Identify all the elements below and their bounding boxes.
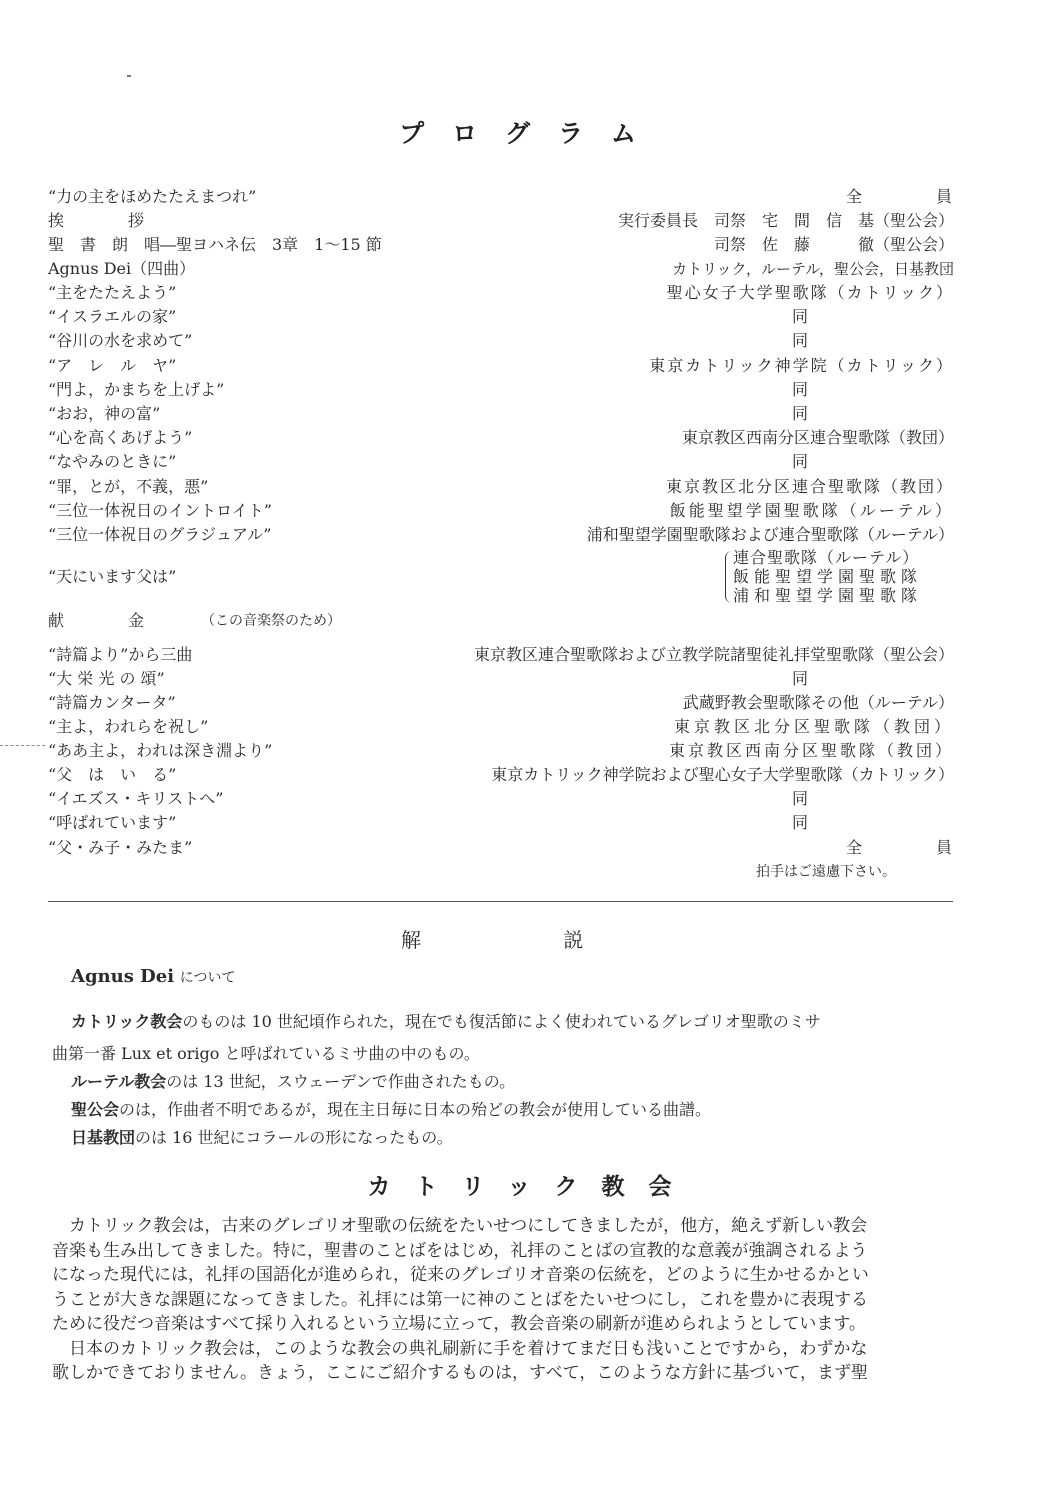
piece-title: “ああ主よ，われは深き淵より” [48,739,272,763]
piece-title: Agnus Dei（四曲） [48,257,195,281]
program-row: “詩篇より”から三曲 東京教区連合聖歌隊および立教学院諸聖徒礼拝堂聖歌隊（聖公会… [48,643,954,667]
piece-title: “詩篇より”から三曲 [48,643,192,667]
performer: 同 [792,402,808,426]
combined-performers: 連合聖歌隊（ルーテル） 飯能聖望学園聖歌隊 浦和聖望学園聖歌隊 [733,548,922,605]
performer: 同 [792,811,808,835]
program-row: “父 は い る” 東京カトリック神学院および聖心女子大学聖歌隊（カトリック） [48,763,954,787]
program-row: 聖 書 朗 唱―聖ヨハネ伝 3章 1〜15 節 司祭 佐 藤 徹（聖公会） [48,233,954,257]
performer: 実行委員長 司祭 宅 間 信 基（聖公会） [618,209,954,233]
paragraph-text: のは 13 世紀，スウェーデンで作曲されたもの。 [166,1072,515,1091]
program-row: “三位一体祝日のイントロイト” 飯能聖望学園聖歌隊（ルーテル） [48,499,954,523]
piece-title: “三位一体祝日のグラジュアル” [48,523,271,547]
body-line: になった現代には，礼拝の国語化が進められ，従来のグレゴリオ音楽の伝統を，どのよう… [52,1263,957,1288]
paragraph-text: 曲第一番 Lux et origo と呼ばれているミサ曲の中のもの。 [52,1044,480,1063]
program-row: “父・み子・みたま” 全 員 [48,836,954,860]
body-line: ために役だつ音楽はすべて採り入れるという立場に立って，教会音楽の刷新が進められよ… [52,1312,957,1337]
performer: カトリック，ルーテル，聖公会，日基教団 [672,257,954,281]
piece-title: “父・み子・みたま” [48,836,192,860]
piece-title: “谷川の水を求めて” [48,329,192,353]
piece-title: “罪，とが，不義，悪” [48,475,208,499]
piece-title: “おお，神の富” [48,402,160,426]
performer: 飯能聖望学園聖歌隊 [733,567,922,586]
body-line: 歌しかできておりません。きょう，ここにご紹介するものは，すべて，このような方針に… [52,1361,957,1386]
church-name: 日基教団 [71,1128,135,1147]
agnus-dei-latin: Agnus Dei [71,966,174,987]
piece-title: 献 金 [48,609,144,633]
commentary-title: 解 説 [401,924,583,953]
piece-title: “門よ，かまちを上げよ” [48,378,224,402]
performer: 東京カトリック神学院（カトリック） [649,354,954,378]
performer: 東京教区北分区連合聖歌隊（教団） [666,475,954,499]
commentary-title-char: 解 [401,924,421,953]
performer: 同 [792,329,808,353]
body-line: うことが大きな課題になってきました。礼拝には第一に神のことばをたいせつにし，これ… [52,1288,957,1313]
scan-speck [127,75,131,77]
program-row: “三位一体祝日のグラジュアル” 浦和聖望学園聖歌隊および連合聖歌隊（ルーテル） [48,523,954,547]
agnus-dei-heading: Agnus Dei について [71,966,236,987]
program-row: “イエズス・キリストへ” 同 [48,787,954,811]
scan-mark [0,745,45,746]
paragraph-text: のは，作曲者不明であるが，現在主日毎に日本の殆どの教会が使用している曲譜。 [119,1100,711,1119]
program-row: “大 栄 光 の 頌” 同 [48,667,954,691]
program-row: 献 金 （この音楽祭のため） [48,609,954,633]
program-page: プログラム “力の主をほめたたえまつれ” 全 員 挨 拶 実行委員長 司祭 宅 … [0,0,1063,1506]
catholic-section-title: カトリック教会 [0,1168,1063,1201]
performer: 東京カトリック神学院および聖心女子大学聖歌隊（カトリック） [491,763,954,787]
program-row: “呼ばれています” 同 [48,811,954,835]
program-row: “イスラエルの家” 同 [48,305,954,329]
church-name: 聖公会 [71,1100,119,1119]
program-title: プログラム [0,114,1063,150]
piece-title: 聖 書 朗 唱―聖ヨハネ伝 3章 1〜15 節 [48,233,382,257]
piece-title: “なやみのときに” [48,450,176,474]
piece-title: 挨 拶 [48,209,144,233]
catholic-section-body: カトリック教会は，古来のグレゴリオ聖歌の伝統をたいせつにしてきましたが，他方，絶… [52,1214,957,1386]
agnus-paragraph: カトリック教会のものは 10 世紀頃作られた，現在でも復活節によく使われているグ… [71,1010,976,1034]
agnus-paragraph: ルーテル教会のは 13 世紀，スウェーデンで作曲されたもの。 [71,1070,976,1094]
performer: 聖心女子大学聖歌隊（カトリック） [667,281,954,305]
program-row: “門よ，かまちを上げよ” 同 [48,378,954,402]
piece-title: “イエズス・キリストへ” [48,787,223,811]
performer: 同 [792,667,808,691]
piece-title: “心を高くあげよう” [48,426,192,450]
performer: 司祭 佐 藤 徹（聖公会） [714,233,954,257]
body-line: 日本のカトリック教会は，このような教会の典礼刷新に手を着けてまだ日も浅いことです… [52,1337,957,1362]
piece-title: “力の主をほめたたえまつれ” [48,185,256,209]
performer: 武蔵野教会聖歌隊その他（ルーテル） [683,691,954,715]
performer: 浦和聖望学園聖歌隊および連合聖歌隊（ルーテル） [587,523,954,547]
piece-title: “主をたたえよう” [48,281,176,305]
agnus-paragraph: 曲第一番 Lux et origo と呼ばれているミサ曲の中のもの。 [52,1042,957,1066]
program-row: “ア レ ル ヤ” 東京カトリック神学院（カトリック） [48,354,954,378]
performer: 飯能聖望学園聖歌隊（ルーテル） [670,499,954,523]
performer: 浦和聖望学園聖歌隊 [733,586,922,605]
performer: 東京教区西南分区聖歌隊（教団） [669,739,954,763]
church-name: ルーテル教会 [71,1072,166,1091]
commentary-title-char: 説 [563,924,583,953]
applause-note-row: 拍手はご遠慮下さい。 [48,860,954,884]
body-line: 音楽も生み出してきました。特に，聖書のことばをはじめ，礼拝のことばの宣教的な意義… [52,1239,957,1264]
program-row: “谷川の水を求めて” 同 [48,329,954,353]
program-row: “詩篇カンタータ” 武蔵野教会聖歌隊その他（ルーテル） [48,691,954,715]
program-row: “罪，とが，不義，悪” 東京教区北分区連合聖歌隊（教団） [48,475,954,499]
paragraph-text: のは 16 世紀にコラールの形になったもの。 [135,1128,453,1147]
performer: 東京教区連合聖歌隊および立教学院諸聖徒礼拝堂聖歌隊（聖公会） [474,643,954,667]
piece-title: “父 は い る” [48,763,176,787]
piece-title: “詩篇カンタータ” [48,691,176,715]
program-row: “心を高くあげよう” 東京教区西南分区連合聖歌隊（教団） [48,426,954,450]
piece-title: “主よ，われらを祝し” [48,715,208,739]
performer: 同 [792,787,808,811]
performer: 全 員 [846,185,954,209]
performer: 同 [792,305,808,329]
piece-title: “イスラエルの家” [48,305,176,329]
agnus-paragraph: 聖公会のは，作曲者不明であるが，現在主日毎に日本の殆どの教会が使用している曲譜。 [71,1098,976,1122]
agnus-dei-suffix: について [180,970,236,986]
program-row: “力の主をほめたたえまつれ” 全 員 [48,185,954,209]
program-row: “主よ，われらを祝し” 東京教区北分区聖歌隊（教団） [48,715,954,739]
applause-note: 拍手はご遠慮下さい。 [756,860,896,884]
performer: 東京教区北分区聖歌隊（教団） [674,715,954,739]
performer: 連合聖歌隊（ルーテル） [733,548,922,567]
program-row: “主をたたえよう” 聖心女子大学聖歌隊（カトリック） [48,281,954,305]
program-row: “おお，神の富” 同 [48,402,954,426]
body-line: カトリック教会は，古来のグレゴリオ聖歌の伝統をたいせつにしてきましたが，他方，絶… [52,1214,957,1239]
performer: 同 [792,378,808,402]
offering-note: （この音楽祭のため） [201,609,341,633]
piece-title: “ア レ ル ヤ” [48,354,176,378]
paragraph-text: のものは 10 世紀頃作られた，現在でも復活節によく使われているグレゴリオ聖歌の… [182,1012,820,1031]
performer: 全 員 [846,836,954,860]
piece-title: “大 栄 光 の 頌” [48,667,165,691]
piece-title: “天にいます父は” [48,565,176,589]
performer: 東京教区西南分区連合聖歌隊（教団） [682,426,954,450]
church-name: カトリック教会 [71,1012,182,1031]
program-row: Agnus Dei（四曲） カトリック，ルーテル，聖公会，日基教団 [48,257,954,281]
program-row: “ああ主よ，われは深き淵より” 東京教区西南分区聖歌隊（教団） [48,739,954,763]
agnus-paragraph: 日基教団のは 16 世紀にコラールの形になったもの。 [71,1126,976,1150]
piece-title: “呼ばれています” [48,811,176,835]
brace-icon [725,551,732,603]
program-row: “なやみのときに” 同 [48,450,954,474]
piece-title: “三位一体祝日のイントロイト” [48,499,272,523]
section-divider [48,901,953,902]
program-row: 挨 拶 実行委員長 司祭 宅 間 信 基（聖公会） [48,209,954,233]
performer: 同 [792,450,808,474]
